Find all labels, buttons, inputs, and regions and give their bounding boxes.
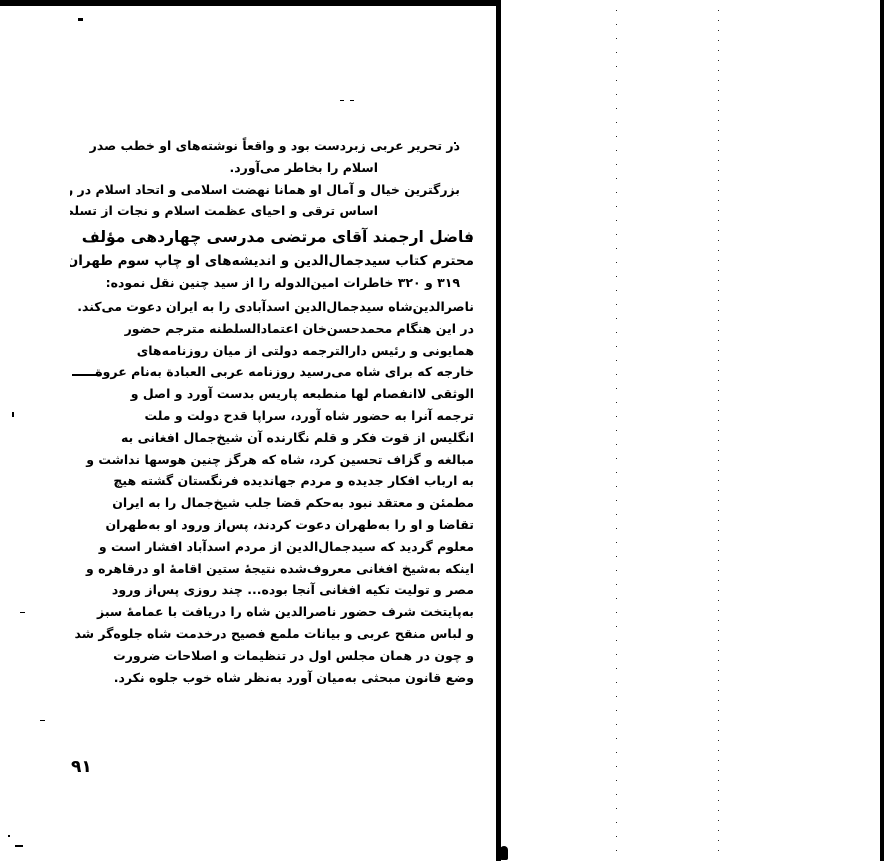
ideal-line-2: اساس ترقی و احیای عظمت اسلام و نجات از ت… <box>70 200 474 222</box>
scan-noise-column <box>718 10 719 855</box>
book-spine-line <box>496 0 501 861</box>
quote-line: مطمئن و معتقد نبود به‌حکم قضا جلب شیخ‌جم… <box>70 492 474 514</box>
scan-noise-column <box>616 10 617 855</box>
quote-line: خارجه که برای شاه می‌رسید روزنامه عربی ا… <box>70 361 474 383</box>
section-subheading-2: ۳۱۹ و ۳۲۰ خاطرات امین‌الدوله را از سید چ… <box>70 272 474 294</box>
scan-right-edge <box>880 0 884 861</box>
scan-speck <box>78 18 83 21</box>
ideal-line-1: بزرگترین خیال و آمال او همانا نهضت اسلام… <box>70 179 474 201</box>
section-heading: فاضل ارجمند آقای مرتضی مدرسی چهاردهی مؤل… <box>70 224 474 250</box>
spine-ink-blot <box>500 846 508 860</box>
quote-line: انگلیس از قوت فکر و قلم نگارنده آن شیخ‌ج… <box>70 427 474 449</box>
intro-line-1: در تحریر عربی زبردست بود و واقعاً نوشته‌… <box>70 135 474 157</box>
quote-line: تقاضا و او را به‌طهران دعوت کردند، پس‌از… <box>70 514 474 536</box>
scan-speck <box>350 100 354 101</box>
quote-line: معلوم گردید که سیدجمال‌الدین از مردم اسد… <box>70 536 474 558</box>
intro-line-2: اسلام را بخاطر می‌آورد. <box>70 157 474 179</box>
quote-line: مبالغه و گزاف تحسین کرد، شاه که هرگز چنی… <box>70 449 474 471</box>
quote-line: اینکه به‌شیخ افغانی معروف‌شده نتیجهٔ ستی… <box>70 558 474 580</box>
quote-line: به ارباب افکار جدیده و مردم جهاندیده فرن… <box>70 470 474 492</box>
scan-speck <box>8 835 10 837</box>
scan-speck <box>15 845 23 847</box>
quote-line: به‌پایتخت شرف حضور ناصرالدین شاه را دریا… <box>70 601 474 623</box>
quote-line: الوثقی لاانفصام لها منطبعه پاریس بدست آو… <box>70 383 474 405</box>
book-page-text: در تحریر عربی زبردست بود و واقعاً نوشته‌… <box>70 135 474 688</box>
scan-speck <box>12 412 14 417</box>
quote-line: ترجمه آنرا به حضور شاه آورد، سراپا قدح د… <box>70 405 474 427</box>
handwritten-underline <box>72 374 100 376</box>
quote-line: همایونی و رئیس دارالترجمه دولتی از میان … <box>70 340 474 362</box>
quote-line: ناصرالدین‌شاه سیدجمال‌الدین اسدآبادی را … <box>70 296 474 318</box>
quote-line: در این هنگام محمدحسن‌خان اعتمادالسلطنه م… <box>70 318 474 340</box>
section-subheading-1: محترم کتاب سیدجمال‌الدین و اندیشه‌های او… <box>70 250 474 272</box>
quote-line: مصر و تولیت تکیه افغانی آنجا بوده... چند… <box>70 579 474 601</box>
scan-speck <box>20 612 25 613</box>
quote-line: و لباس منقح عربی و بیانات ملمع فصیح درخد… <box>70 623 474 645</box>
scan-speck <box>40 720 45 721</box>
quote-line: وضع قانون مبحثی به‌میان آورد به‌نظر شاه … <box>70 667 474 689</box>
quote-line: و چون در همان مجلس اول در تنظیمات و اصلا… <box>70 645 474 667</box>
scan-top-border <box>0 0 500 6</box>
page-number: ۹۱ <box>71 757 92 777</box>
scan-speck <box>340 100 344 101</box>
